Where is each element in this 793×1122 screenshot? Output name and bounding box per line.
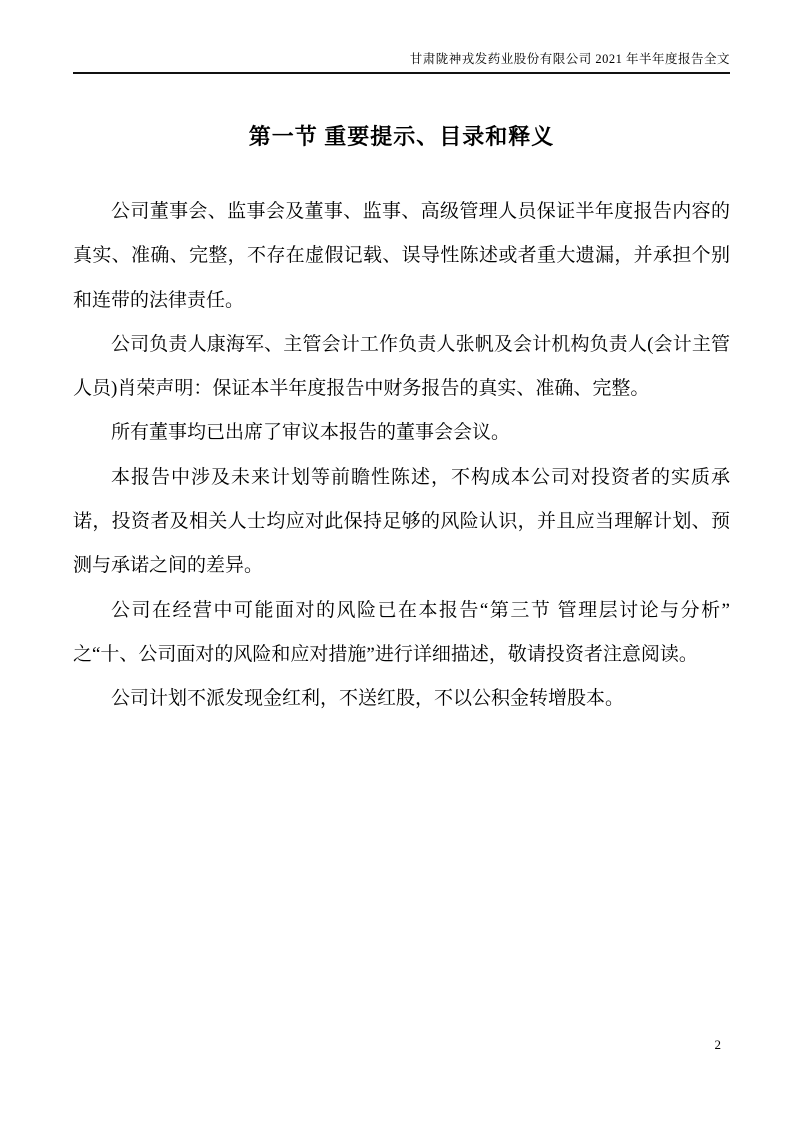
- body-paragraph: 公司在经营中可能面对的风险已在本报告“第三节 管理层讨论与分析” 之“十、公司面…: [73, 589, 730, 678]
- body-text: 公司董事会、监事会及董事、监事、高级管理人员保证半年度报告内容的真实、准确、完整…: [73, 190, 730, 722]
- body-paragraph: 本报告中涉及未来计划等前瞻性陈述，不构成本公司对投资者的实质承诺，投资者及相关人…: [73, 456, 730, 589]
- page-header: 甘肃陇神戎发药业股份有限公司 2021 年半年度报告全文: [73, 50, 730, 74]
- report-page: 甘肃陇神戎发药业股份有限公司 2021 年半年度报告全文 第一节 重要提示、目录…: [0, 0, 793, 1122]
- body-paragraph: 公司计划不派发现金红利，不送红股，不以公积金转增股本。: [73, 677, 730, 721]
- section-title: 第一节 重要提示、目录和释义: [73, 119, 730, 155]
- body-paragraph: 公司董事会、监事会及董事、监事、高级管理人员保证半年度报告内容的真实、准确、完整…: [73, 190, 730, 323]
- body-paragraph: 公司负责人康海军、主管会计工作负责人张帆及会计机构负责人(会计主管人员)肖荣声明…: [73, 323, 730, 412]
- page-number: 2: [715, 1036, 722, 1054]
- page-header-text: 甘肃陇神戎发药业股份有限公司 2021 年半年度报告全文: [410, 52, 730, 66]
- body-paragraph: 所有董事均已出席了审议本报告的董事会会议。: [73, 411, 730, 455]
